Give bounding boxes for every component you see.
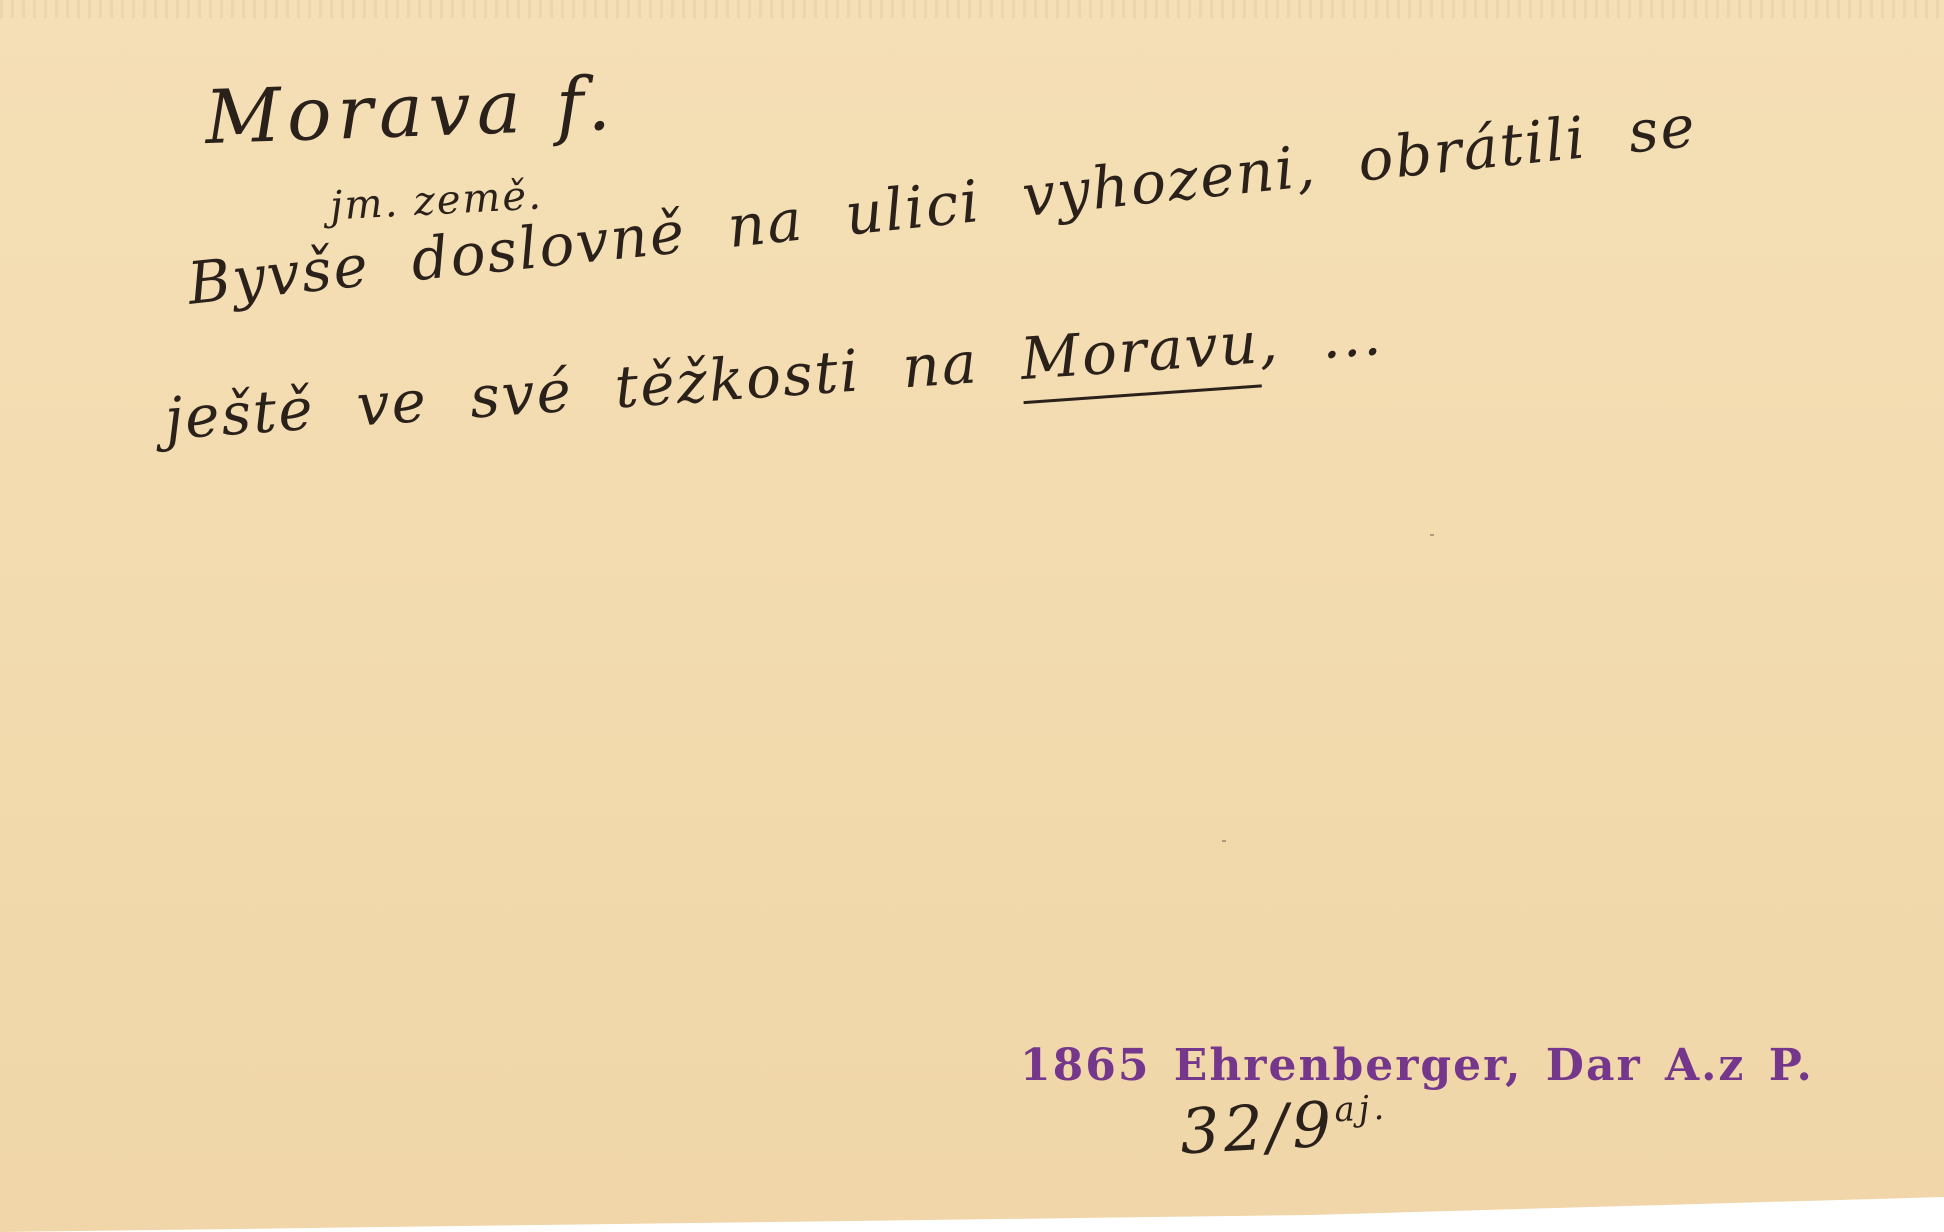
quote-line-2: ještě ve své těžkosti na Moravu, ... (163, 300, 1385, 453)
page-reference-number: 32/9 (1178, 1087, 1337, 1168)
index-card: Morava f. jm. země. Byvše doslovně na ul… (0, 0, 1944, 1232)
paper-speck (1222, 840, 1226, 842)
page-reference-suffix: aj. (1333, 1088, 1389, 1131)
card-heading: Morava f. (204, 61, 618, 161)
paper-speck (1430, 534, 1434, 536)
underlined-headword: Moravu (1018, 309, 1261, 393)
page-reference: 32/9aj. (1178, 1085, 1390, 1169)
source-stamp: 1865 Ehrenberger, Dar A.z P. (1020, 1040, 1814, 1091)
quote-line-2-tail: , ... (1256, 300, 1385, 376)
quote-line-2-text: ještě ve své těžkosti na (163, 328, 981, 453)
